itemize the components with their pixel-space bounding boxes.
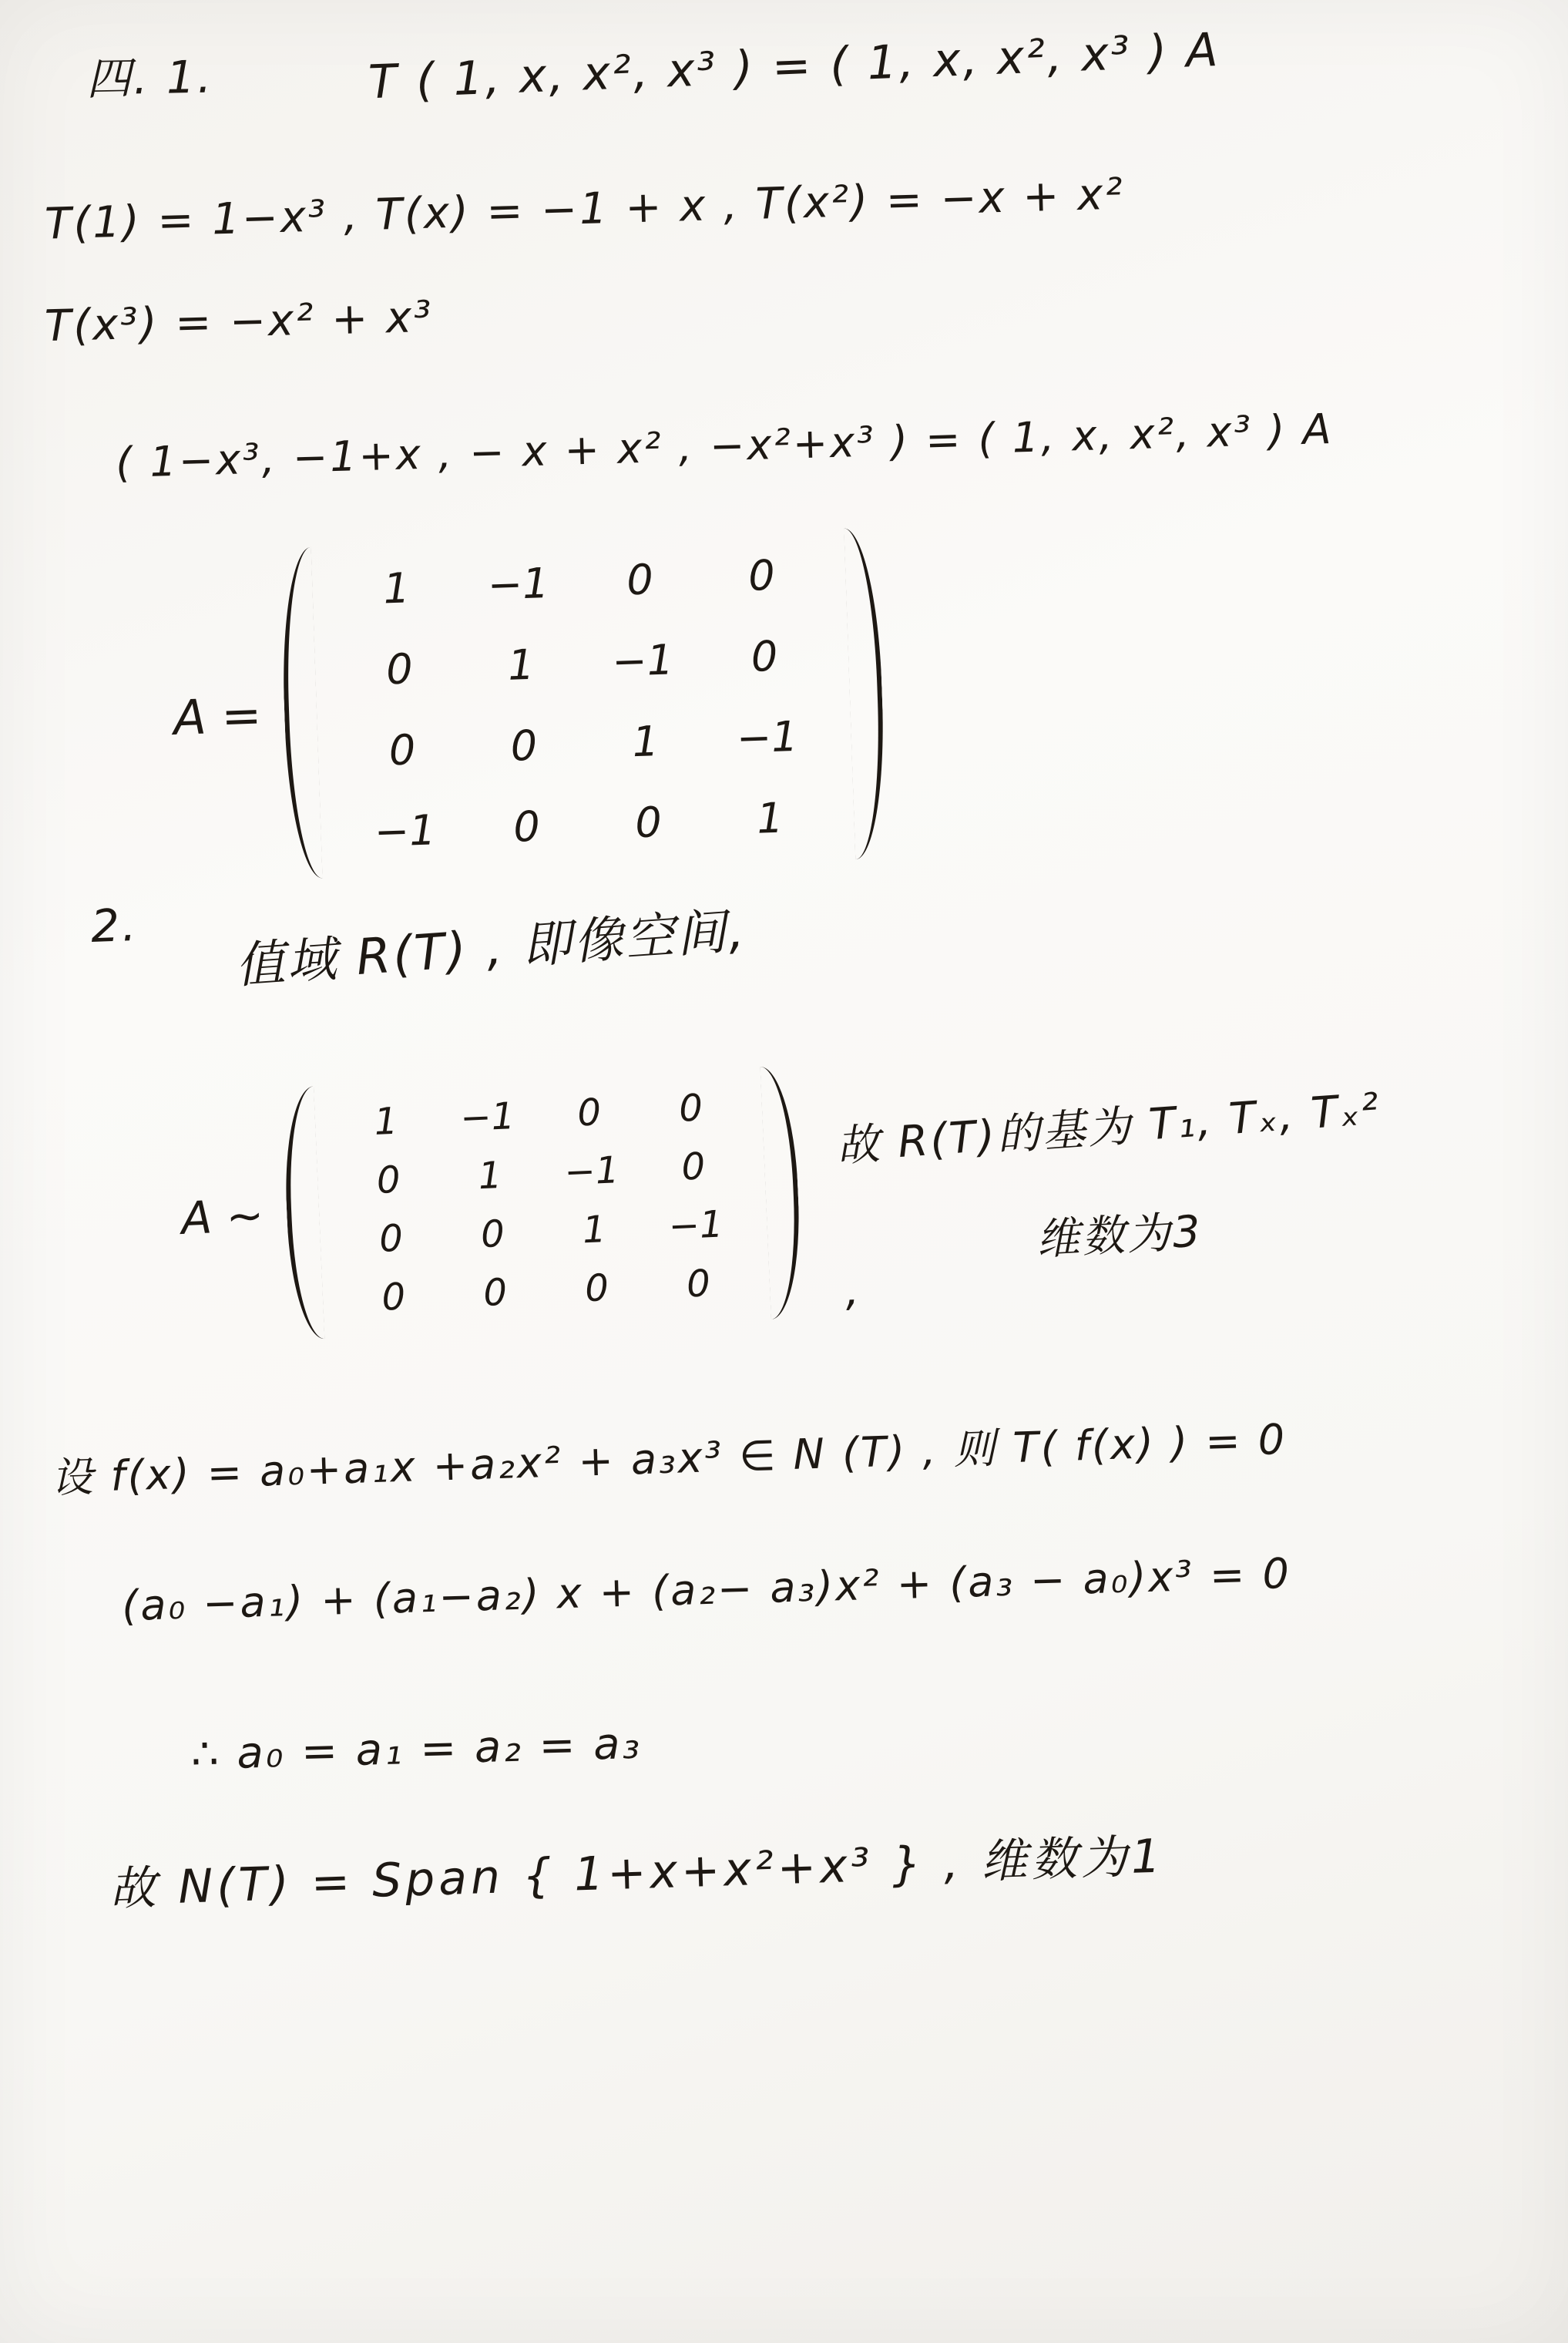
kernel-setup-line: 设 f(x) = a₀+a₁x +a₂x² + a₃x³ ∈ N (T) , 则… — [50, 1416, 1288, 1502]
kernel-expansion-line: (a₀ −a₁) + (a₁−a₂) x + (a₂− a₃)x² + (a₃ … — [121, 1550, 1291, 1630]
matrix-a-grid: 1 −1 0 0 0 1 −1 0 0 0 1 −1 −1 0 0 1 — [311, 529, 856, 879]
matrix-cell: 0 — [480, 1212, 505, 1256]
images-of-basis-line-1: T(1) = 1−x³ , T(x) = −1 + x , T(x²) = −x… — [44, 170, 1125, 250]
matrix-rref-label: A ~ — [180, 1188, 265, 1245]
part2-number: 2. — [90, 899, 139, 953]
matrix-cell: 0 — [378, 1217, 404, 1261]
kernel-span-line: 故 N(T) = Span { 1+x+x²+x³ } , 维数为1 — [109, 1830, 1165, 1917]
matrix-cell: −1 — [736, 712, 799, 763]
matrix-cell: −1 — [487, 559, 550, 610]
matrix-a: 1 −1 0 0 0 1 −1 0 0 0 1 −1 −1 0 0 1 — [279, 527, 888, 879]
matrix-trailing-comma: , — [844, 1266, 861, 1316]
matrix-cell: 0 — [388, 725, 417, 775]
matrix-cell: 0 — [750, 632, 779, 681]
matrix-cell: 0 — [626, 555, 654, 604]
matrix-cell: 0 — [376, 1158, 401, 1202]
matrix-cell: 1 — [582, 1208, 607, 1252]
matrix-cell: 0 — [381, 1276, 406, 1319]
matrix-rref-block: A ~ 1 −1 0 0 0 1 −1 0 0 0 1 −1 0 0 0 0 — [176, 1063, 860, 1345]
matrix-cell: 1 — [756, 794, 784, 843]
matrix-rref: 1 −1 0 0 0 1 −1 0 0 0 1 −1 0 0 0 0 — [281, 1065, 804, 1340]
transform-definition-line: T ( 1, x, x², x³ ) = ( 1, x, x², x³ ) A — [368, 24, 1220, 109]
matrix-cell: −1 — [374, 805, 437, 856]
handwritten-notes-page: 四. 1. T ( 1, x, x², x³ ) = ( 1, x, x², x… — [0, 0, 1568, 2343]
matrix-a-block: A = 1 −1 0 0 0 1 −1 0 0 0 1 −1 −1 0 0 1 — [168, 527, 888, 883]
matrix-rref-grid: 1 −1 0 0 0 1 −1 0 0 0 1 −1 0 0 0 0 — [314, 1067, 771, 1339]
matrix-cell: 1 — [373, 1100, 398, 1144]
matrix-cell: −1 — [611, 635, 674, 686]
matrix-cell: 0 — [385, 644, 414, 694]
kernel-equality-line: ∴ a₀ = a₁ = a₂ = a₃ — [190, 1719, 642, 1780]
matrix-cell: 1 — [478, 1154, 503, 1198]
matrix-cell: −1 — [563, 1148, 619, 1194]
matrix-cell: 0 — [512, 802, 541, 852]
matrix-cell: 1 — [632, 717, 660, 766]
matrix-cell: 0 — [510, 721, 539, 771]
tuple-equation-line: ( 1−x³, −1+x , − x + x² , −x²+x³ ) = ( 1… — [115, 405, 1334, 487]
matrix-cell: 0 — [678, 1086, 703, 1130]
problem-number: 四. 1. — [86, 52, 213, 106]
matrix-cell: 0 — [576, 1091, 602, 1135]
range-dimension-note: 维数为3 — [1035, 1207, 1204, 1266]
matrix-cell: 0 — [680, 1145, 706, 1188]
matrix-cell: 1 — [382, 563, 411, 613]
images-of-basis-line-2: T(x³) = −x² + x³ — [44, 293, 434, 352]
range-basis-note: 故 R(T)的基为 T₁, Tₓ, Tₓ² — [835, 1084, 1383, 1172]
matrix-cell: 0 — [482, 1271, 508, 1315]
matrix-cell: 0 — [584, 1266, 609, 1310]
matrix-cell: −1 — [459, 1094, 515, 1140]
matrix-a-label: A = — [173, 687, 263, 746]
range-heading: 值域 R(T) , 即像空间, — [233, 903, 748, 996]
matrix-cell: −1 — [668, 1202, 724, 1248]
matrix-cell: 0 — [634, 798, 663, 847]
matrix-cell: 1 — [507, 640, 536, 690]
matrix-cell: 0 — [686, 1262, 711, 1306]
matrix-cell: 0 — [747, 551, 776, 600]
